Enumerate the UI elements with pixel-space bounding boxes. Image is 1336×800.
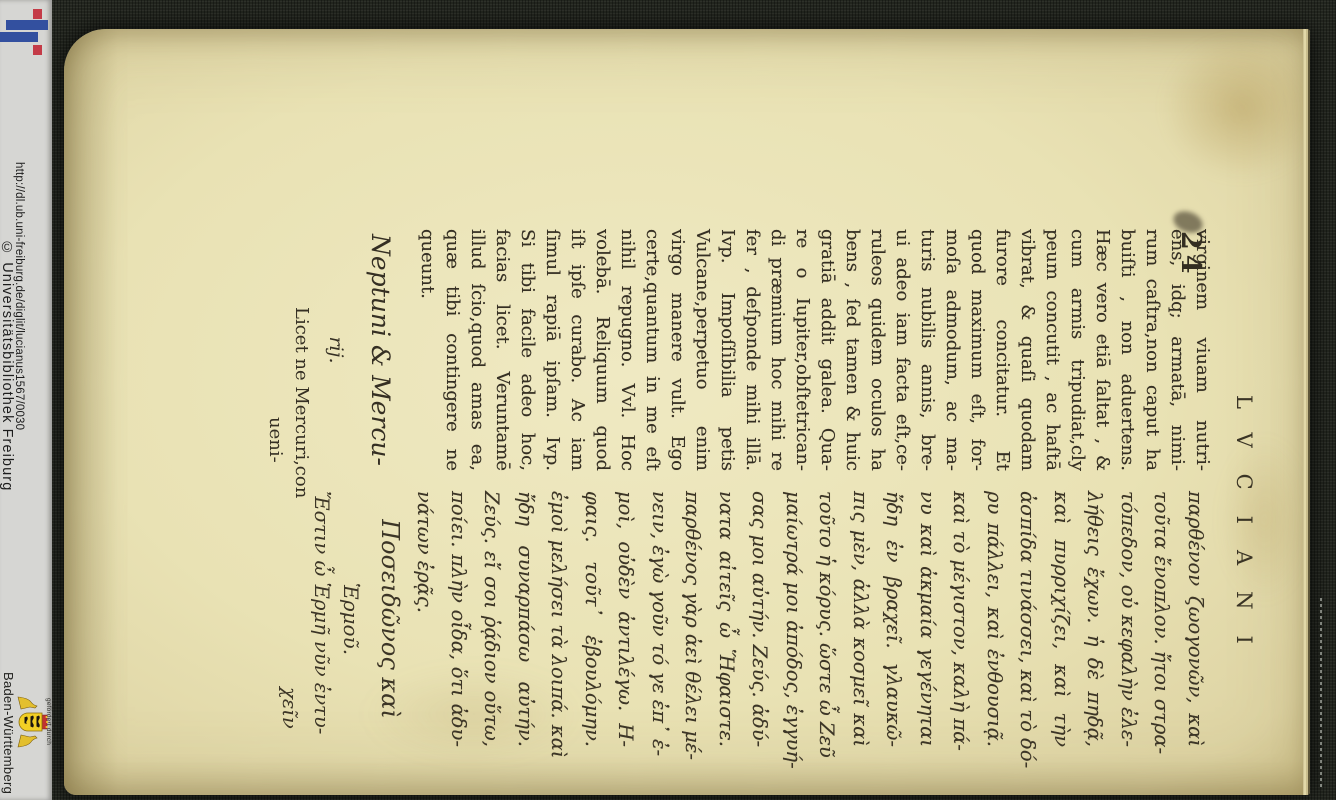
text-line: rum caſtra,non caput ha <box>1140 229 1165 471</box>
text-line: νυ καὶ ἀκμαία γεγένηται <box>911 491 945 747</box>
text-line: σας μοι αὐτήν. Ζεύς. ἀδύ- <box>743 491 777 747</box>
text-line: vibrat, & quaſi quodam <box>1015 229 1040 471</box>
text-line: πις μὲν, ἀλλὰ κοσμεῖ καὶ <box>844 491 878 747</box>
text-line: Vulcane,perpetuo enim <box>690 229 715 471</box>
text-line: illud ſcio,quod amas ea, <box>465 229 490 471</box>
text-line: queunt. <box>415 229 440 471</box>
greek-section-heading: Ποσειδῶνος καὶ <box>376 491 404 747</box>
ub-freiburg-logo-icon <box>0 6 52 56</box>
text-line: fer , deſponde mihi illā. <box>740 229 765 471</box>
latin-opening-line: Licet ne Mercuri,con <box>291 229 312 471</box>
text-line: νειν, ἐγὼ γοῦν τό γε ἐπ᾽ ἐ- <box>643 491 677 747</box>
text-line: ἤδη ἐν βραχεῖ. γλαυκῶ- <box>877 491 911 747</box>
text-line: quæ tibi contingere ne <box>440 229 465 471</box>
latin-column: virginem viuam nutri-ens, idq; armatā, n… <box>415 229 1215 471</box>
text-line: turis nubilis annis, bre- <box>915 229 940 471</box>
latin-section-heading: rij. <box>325 229 347 471</box>
text-line: φαις. τοῦτ᾽ ἐβουλόμην. <box>576 491 610 747</box>
running-header: LVCIANI <box>1232 395 1256 670</box>
text-line: ſimul rapiā ipſam. Ivp. <box>540 229 565 471</box>
text-line: bens , ſed tamen & huic <box>840 229 865 471</box>
text-line: peum concutit , ac haſtā <box>1040 229 1065 471</box>
copyright-note: © Universitätsbibliothek Freiburg <box>0 240 15 491</box>
greek-column: παρθένον ζωογονῶν, καὶτοῦτα ἔνοπλον. ἤτο… <box>408 491 1212 747</box>
text-line: τοῦτο ἡ κόρυς. ὥστε ὦ Ζεῦ <box>810 491 844 747</box>
logo-red-square <box>33 45 42 55</box>
text-line: certe,quantum in me eſt <box>640 229 665 471</box>
text-line: νατα αἰτεῖς ὦ Ἥφαιστε. <box>710 491 744 747</box>
text-line: ρυ πάλλει, καὶ ἐνθουσιᾷ. <box>978 491 1012 747</box>
text-line: Si tibi facile adeo hoc, <box>515 229 540 471</box>
text-line: Ivp. Impoſſibilia petis <box>715 229 740 471</box>
text-line: ens, idq; armatā, nimi- <box>1165 229 1190 471</box>
latin-catchword: ueni- <box>265 229 286 471</box>
scan-viewport: { "left_panel": { "url": "http://dl.ub.u… <box>0 0 1336 800</box>
text-line: virginem viuam nutri- <box>1190 229 1215 471</box>
spine-microtext <box>1320 598 1322 788</box>
text-line: καὶ τὸ μέγιστον, καλὴ πά- <box>944 491 978 747</box>
text-line: Hæc vero etiā ſaltat , & <box>1090 229 1115 471</box>
logo-red-square <box>33 9 42 19</box>
text-line: cum armis tripudiat,cly <box>1065 229 1090 471</box>
logo-blue-bar <box>0 32 38 42</box>
text-line: παρθένον ζωογονῶν, καὶ <box>1179 491 1213 747</box>
text-line: di præmium hoc mihi re <box>765 229 790 471</box>
greek-opening-line: Ἔστιν ὦ Ἑρμῆ νῦν ἐντυ- <box>310 491 333 757</box>
greek-text-lines: παρθένον ζωογονῶν, καὶτοῦτα ἔνοπλον. ἤτο… <box>442 491 1213 747</box>
greek-catchword: χεῖν <box>278 491 301 747</box>
text-line: quod maximum eſt, for- <box>965 229 990 471</box>
text-line: τόπεδον, οὐ κεφαλὴν ἐλε- <box>1112 491 1146 747</box>
text-line: re o Iupiter,obſtetrican- <box>790 229 815 471</box>
text-line: λήθεις ἔχων. ἡ δὲ πηδᾷ, <box>1078 491 1112 747</box>
text-line: furore concitatur. Et <box>990 229 1015 471</box>
text-line: μοὶ, οὐδὲν ἀντιλέγω. Η- <box>609 491 643 747</box>
text-line: ποίει. πλὴν οἶδα, ὅτι ἀδυ- <box>442 491 476 747</box>
text-line: παρθένος γὰρ ἀεὶ θέλει μέ- <box>676 491 710 747</box>
text-line: virgo manere vult. Ego <box>665 229 690 471</box>
text-line: ruleos quidem oculos ha <box>865 229 890 471</box>
baden-wuerttemberg-coat-of-arms-icon <box>14 694 48 750</box>
latin-text-lines: virginem viuam nutri-ens, idq; armatā, n… <box>440 229 1215 471</box>
metadata-strip: http://dl.ub.uni-freiburg.de/diglit/luci… <box>0 0 52 800</box>
text-line: καὶ πυρριχίζει, καὶ τὴν <box>1045 491 1079 747</box>
text-line: νάτων ἐρᾷς. <box>408 491 442 747</box>
text-line: iſt ipſe curabo. Ac iam <box>565 229 590 471</box>
text-line: Ζεύς. εἴ σοι ῥᾴδιον οὕτω, <box>475 491 509 747</box>
greek-section-heading: Ἑρμοῦ. <box>339 491 363 747</box>
text-line: nihil repugno. Vvl. Hoc <box>615 229 640 471</box>
text-line: volebā. Reliquum quod <box>590 229 615 471</box>
text-line: ui adeo iam facta eſt,ce- <box>890 229 915 471</box>
latin-section-heading: Neptuni & Mercu- <box>366 229 395 471</box>
logo-blue-bar <box>6 20 48 30</box>
text-line: ἤδη συναρπάσω αὐτήν. <box>509 491 543 747</box>
book-page: LVCIANI 24 virginem viuam nutri-ens, idq… <box>64 29 1310 795</box>
text-line: moſa admodum, ac ma- <box>940 229 965 471</box>
text-line: buiſti , non aduertens. <box>1115 229 1140 471</box>
text-line: gratiā addit galea. Qua- <box>815 229 840 471</box>
text-line: τοῦτα ἔνοπλον. ἤτοι στρα- <box>1145 491 1179 747</box>
page-content: LVCIANI 24 virginem viuam nutri-ens, idq… <box>64 29 1310 795</box>
text-line: μαίωτρά μοι ἀπόδος, ἐγγυή- <box>777 491 811 747</box>
text-line: ἐμοὶ μελήσει τὰ λοιπά. καὶ <box>542 491 576 747</box>
text-line: ἀσπίδα τινάσσει, καὶ τὸ δό- <box>1011 491 1045 747</box>
text-line: facias licet. Veruntamē <box>490 229 515 471</box>
